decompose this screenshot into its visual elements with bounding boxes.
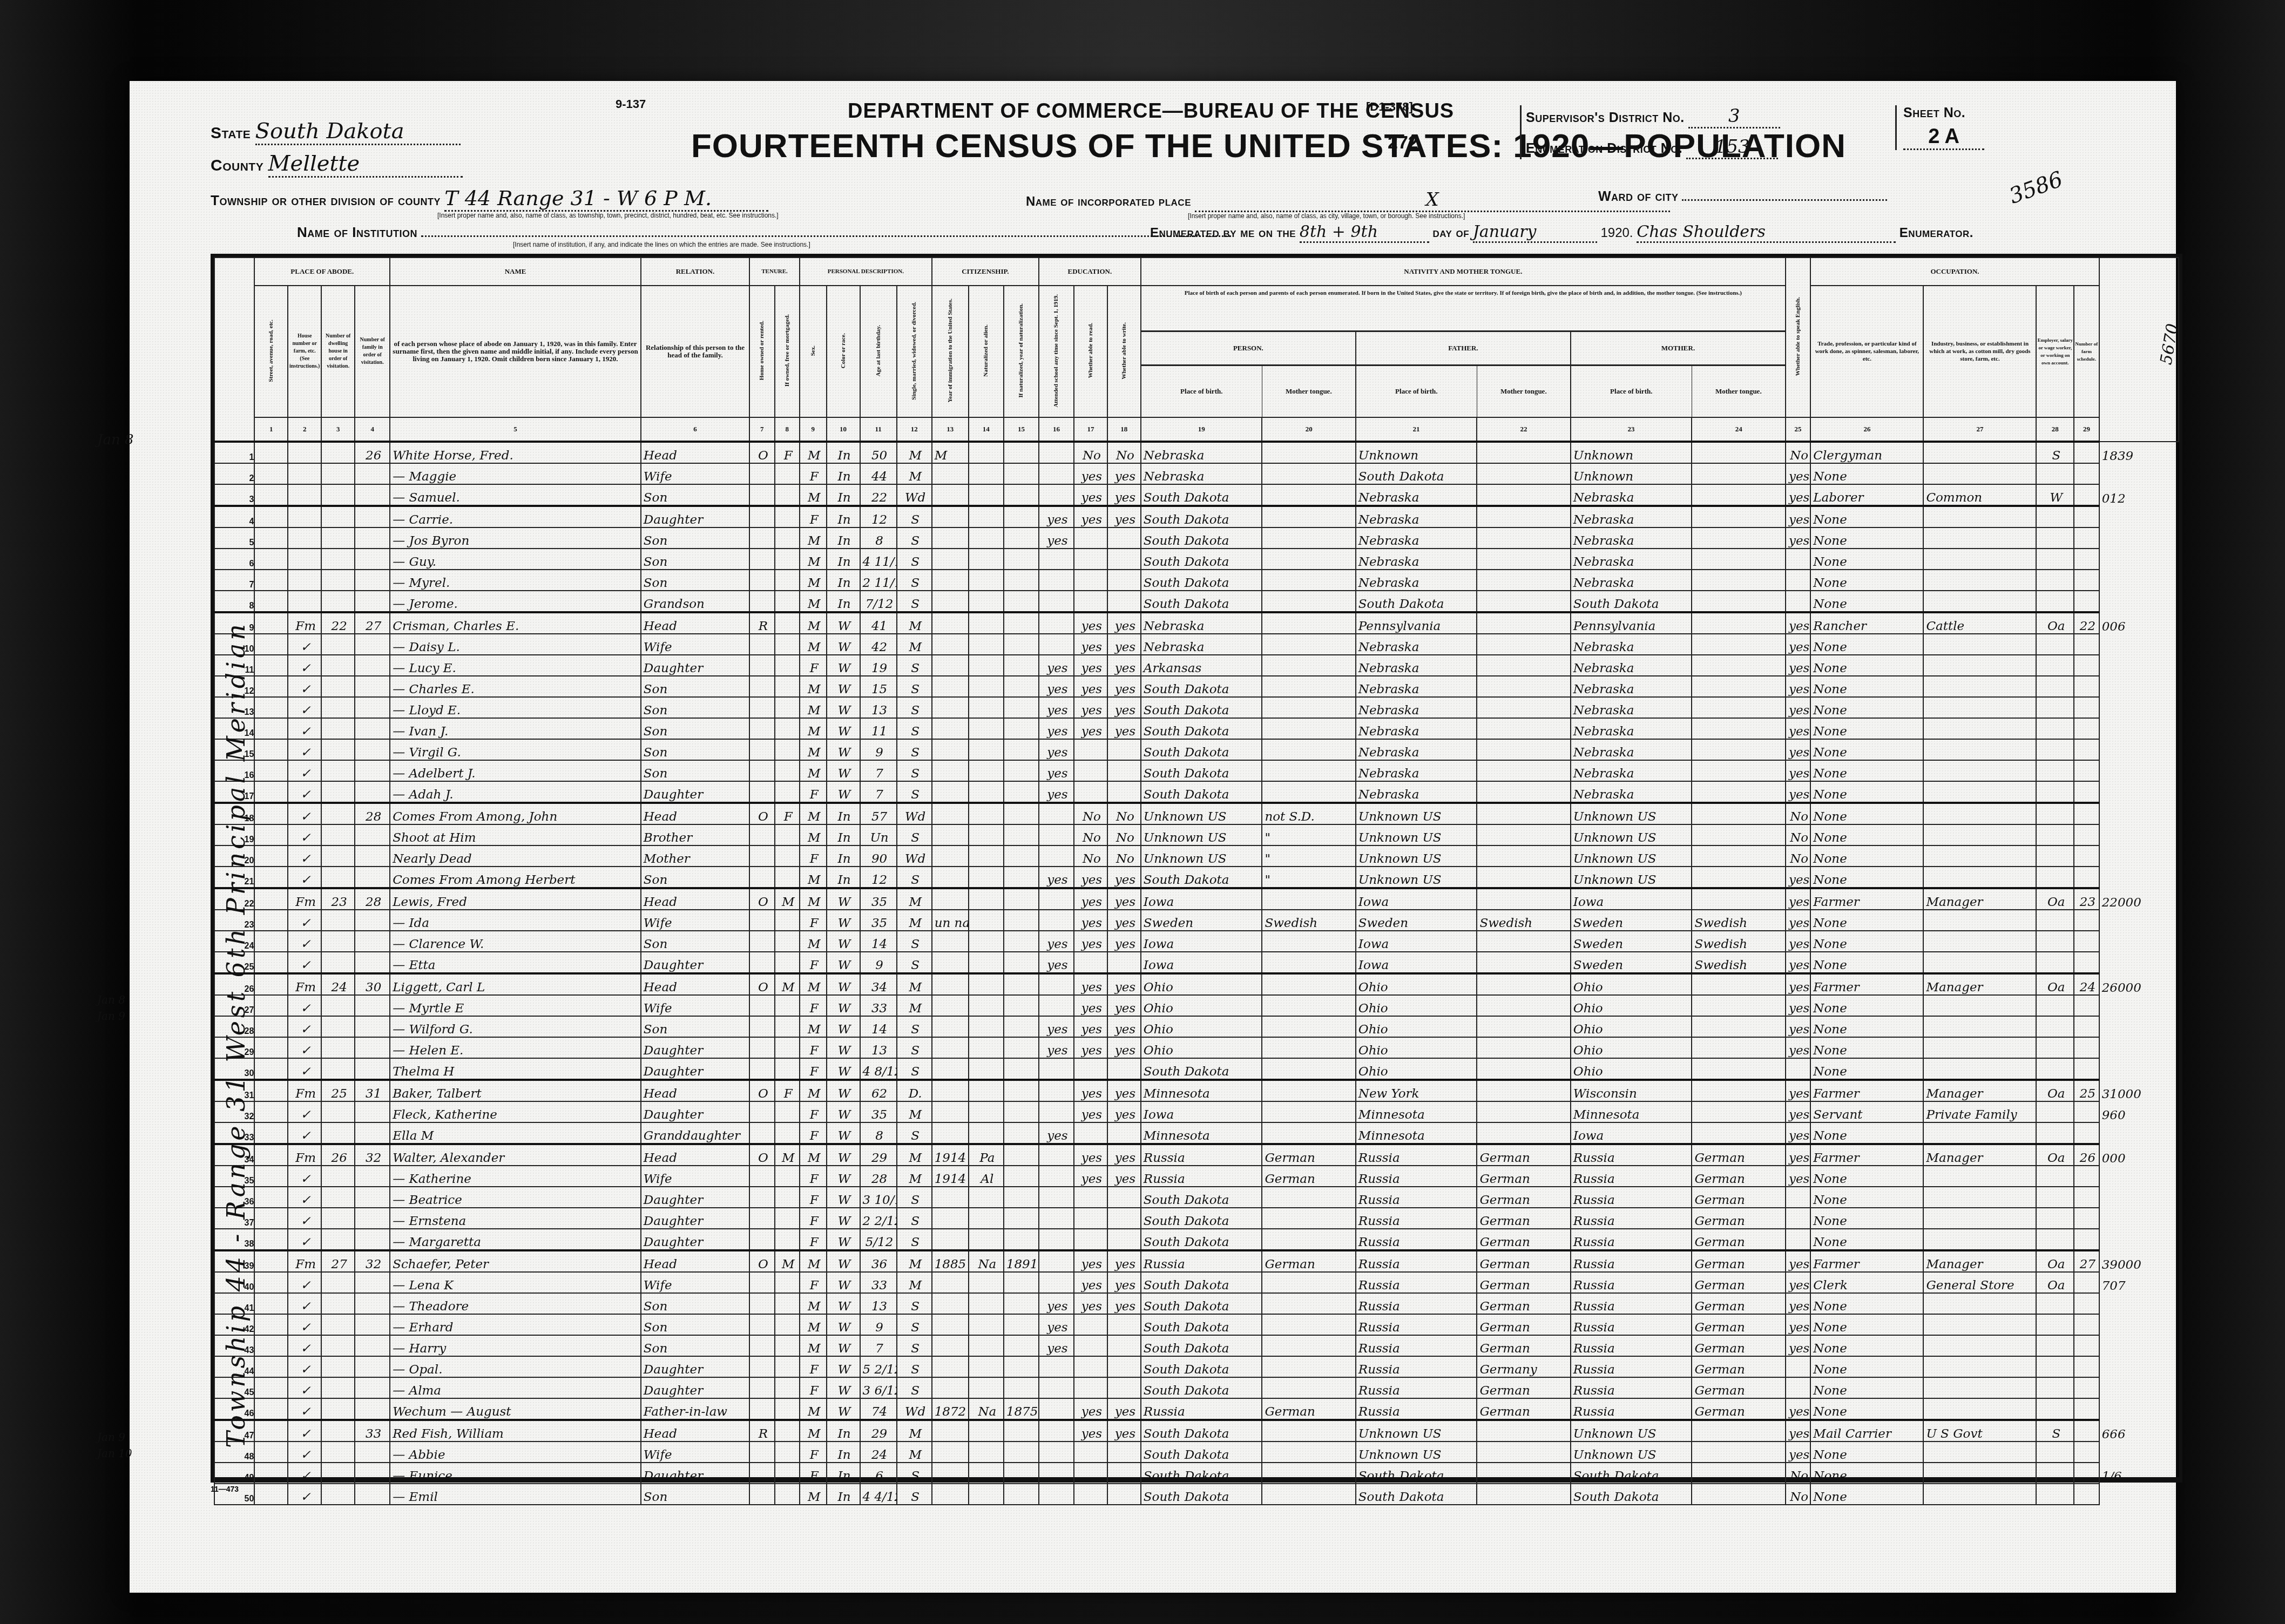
- age-cell: 5 2/12: [860, 1356, 897, 1377]
- sex-cell: F: [800, 1101, 827, 1122]
- race-cell: W: [827, 781, 860, 803]
- group-education: EDUCATION.: [1039, 258, 1141, 286]
- owned-free-mortgaged-cell: O: [749, 1080, 774, 1101]
- table-row: 17✓— Adah J.DaughterFW7SyesSouth DakotaN…: [214, 781, 2179, 803]
- employment-class-cell: [2036, 1208, 2074, 1229]
- father-tongue-cell: German: [1477, 1377, 1570, 1398]
- family-number-cell: 32: [355, 1250, 390, 1272]
- mother-tongue-cell: [1262, 1016, 1355, 1037]
- naturalization-year-cell: [1004, 803, 1039, 824]
- dwelling-number-cell: [321, 1398, 355, 1420]
- marital-status-cell: M: [897, 888, 932, 910]
- race-cell: W: [827, 1080, 860, 1101]
- employment-class-cell: [2036, 655, 2074, 676]
- ward-field: Ward of city: [1598, 189, 1887, 205]
- census-table-container: PLACE OF ABODE. NAME RELATION. TENURE. P…: [211, 254, 2182, 1483]
- mother-tongue-cell: [1262, 952, 1355, 973]
- read-cell: [1074, 1442, 1107, 1463]
- relation-cell: Head: [641, 1144, 749, 1166]
- marital-status-cell: S: [897, 952, 932, 973]
- mother-birthplace-cell: Nebraska: [1571, 718, 1692, 739]
- mother-mother-tongue-cell: German: [1692, 1356, 1786, 1377]
- street-cell: [254, 1037, 288, 1058]
- immigration-year-cell: [932, 1356, 969, 1377]
- father-tongue-cell: [1477, 697, 1570, 718]
- incorporated-place-field: Name of incorporated place X [Insert pro…: [1026, 189, 1670, 220]
- owned-free-mortgaged-cell: [749, 867, 774, 888]
- house-number-cell: ✓: [288, 1037, 321, 1058]
- occupation-cell: None: [1810, 1398, 1923, 1420]
- father-birthplace-cell: Nebraska: [1356, 527, 1477, 549]
- employment-class-cell: [2036, 781, 2074, 803]
- naturalization-year-cell: [1004, 506, 1039, 527]
- col-12-header: Single, married, widowed, or divorced.: [897, 286, 932, 417]
- mortgaged-cell: [775, 1208, 800, 1229]
- mortgaged-cell: M: [775, 888, 800, 910]
- race-cell: In: [827, 845, 860, 867]
- mother-birthplace-cell: Nebraska: [1571, 739, 1692, 760]
- naturalization-year-cell: [1004, 1442, 1039, 1463]
- side-note-cell: [2099, 739, 2179, 760]
- birthplace-cell: South Dakota: [1141, 1377, 1262, 1398]
- family-number-cell: [355, 1122, 390, 1144]
- family-number-cell: [355, 739, 390, 760]
- birthplace-cell: Nebraska: [1141, 463, 1262, 484]
- write-cell: yes: [1107, 697, 1141, 718]
- occupation-cell: Farmer: [1810, 1080, 1923, 1101]
- father-tongue-cell: [1477, 888, 1570, 910]
- name-cell: — Margaretta: [390, 1229, 641, 1250]
- industry-cell: Manager: [1923, 1250, 2036, 1272]
- street-cell: [254, 973, 288, 995]
- naturalized-cell: [969, 1442, 1004, 1463]
- owned-free-mortgaged-cell: [749, 1356, 774, 1377]
- sex-cell: M: [800, 634, 827, 655]
- age-cell: 8: [860, 527, 897, 549]
- marital-status-cell: S: [897, 1484, 932, 1505]
- line-number: 49: [214, 1463, 254, 1484]
- father-tongue-cell: [1477, 995, 1570, 1016]
- name-cell: — Opal.: [390, 1356, 641, 1377]
- birthplace-cell: Iowa: [1141, 952, 1262, 973]
- mortgaged-cell: [775, 1398, 800, 1420]
- farm-schedule-cell: [2074, 549, 2099, 570]
- relation-cell: Wife: [641, 995, 749, 1016]
- school-cell: [1039, 973, 1074, 995]
- dwelling-number-cell: [321, 1420, 355, 1442]
- read-cell: yes: [1074, 973, 1107, 995]
- table-row: 50✓— EmilSonMIn4 4/12SSouth DakotaSouth …: [214, 1484, 2179, 1505]
- immigration-year-cell: [932, 570, 969, 591]
- mother-tongue-cell: [1262, 1314, 1355, 1335]
- name-cell: — Harry: [390, 1335, 641, 1356]
- speaks-english-cell: yes: [1786, 463, 1810, 484]
- industry-cell: [1923, 634, 2036, 655]
- mother-tongue-cell: [1262, 973, 1355, 995]
- race-cell: In: [827, 506, 860, 527]
- col-2-header: House number or farm, etc. (See instruct…: [288, 286, 321, 417]
- column-number-12: 12: [897, 417, 932, 442]
- owned-free-mortgaged-cell: [749, 1058, 774, 1080]
- col-17-header: Whether able to read.: [1074, 286, 1107, 417]
- side-note-cell: 707: [2099, 1272, 2179, 1293]
- family-number-cell: [355, 1335, 390, 1356]
- marital-status-cell: S: [897, 1463, 932, 1484]
- side-note-cell: [2099, 845, 2179, 867]
- employment-class-cell: [2036, 760, 2074, 781]
- farm-schedule-cell: [2074, 845, 2099, 867]
- occupation-cell: None: [1810, 463, 1923, 484]
- mother-tongue-cell: [1262, 527, 1355, 549]
- col-19-header: Place of birth.: [1141, 388, 1262, 395]
- mother-birthplace-cell: Russia: [1571, 1187, 1692, 1208]
- table-row: 6— Guy.SonMIn4 11/12SSouth DakotaNebrask…: [214, 549, 2179, 570]
- birthplace-cell: South Dakota: [1141, 1208, 1262, 1229]
- farm-schedule-cell: [2074, 634, 2099, 655]
- side-note-cell: 1839: [2099, 442, 2179, 463]
- mother-birthplace-cell: Nebraska: [1571, 484, 1692, 506]
- mother-tongue-cell: ": [1262, 867, 1355, 888]
- father-birthplace-cell: Nebraska: [1356, 718, 1477, 739]
- school-cell: yes: [1039, 1016, 1074, 1037]
- speaks-english-cell: yes: [1786, 995, 1810, 1016]
- relation-cell: Daughter: [641, 1208, 749, 1229]
- occupation-cell: None: [1810, 931, 1923, 952]
- naturalization-year-cell: [1004, 973, 1039, 995]
- birthplace-cell: Minnesota: [1141, 1080, 1262, 1101]
- supervisor-district-value: 3: [1688, 105, 1780, 128]
- side-note-cell: [2099, 1016, 2179, 1037]
- marital-status-cell: S: [897, 1229, 932, 1250]
- write-cell: [1107, 1122, 1141, 1144]
- occupation-cell: None: [1810, 1229, 1923, 1250]
- race-cell: In: [827, 1484, 860, 1505]
- read-cell: yes: [1074, 867, 1107, 888]
- mother-birthplace-cell: Iowa: [1571, 888, 1692, 910]
- birthplace-cell: South Dakota: [1141, 1293, 1262, 1314]
- speaks-english-cell: yes: [1786, 506, 1810, 527]
- mother-mother-tongue-cell: [1692, 549, 1786, 570]
- employment-class-cell: [2036, 803, 2074, 824]
- school-cell: [1039, 845, 1074, 867]
- sheet-number: 2 A: [1903, 125, 1984, 150]
- side-note-cell: [2099, 781, 2179, 803]
- owned-free-mortgaged-cell: [749, 1187, 774, 1208]
- margin-note-jan9: Jan 9: [97, 1010, 125, 1023]
- house-number-cell: ✓: [288, 1166, 321, 1187]
- immigration-year-cell: [932, 527, 969, 549]
- line-number: 1: [214, 442, 254, 463]
- enumeration-district-field: Enumeration District No. 153: [1526, 136, 1780, 159]
- table-row: 3— Samuel.SonMIn22WdyesyesSouth DakotaNe…: [214, 484, 2179, 506]
- column-number-23: 23: [1571, 417, 1692, 442]
- industry-cell: Manager: [1923, 1080, 2036, 1101]
- owned-free-mortgaged-cell: [749, 549, 774, 570]
- farm-schedule-cell: [2074, 952, 2099, 973]
- industry-cell: Manager: [1923, 973, 2036, 995]
- mother-mother-tongue-cell: German: [1692, 1272, 1786, 1293]
- father-birthplace-cell: New York: [1356, 1080, 1477, 1101]
- table-row: 36✓— BeatriceDaughterFW3 10/12SSouth Dak…: [214, 1187, 2179, 1208]
- naturalized-cell: Pa: [969, 1144, 1004, 1166]
- father-birthplace-cell: Russia: [1356, 1293, 1477, 1314]
- occupation-cell: None: [1810, 1187, 1923, 1208]
- read-cell: [1074, 527, 1107, 549]
- occupation-cell: None: [1810, 995, 1923, 1016]
- street-cell: [254, 463, 288, 484]
- school-cell: yes: [1039, 739, 1074, 760]
- farm-schedule-cell: [2074, 1398, 2099, 1420]
- race-cell: In: [827, 570, 860, 591]
- mother-birthplace-cell: Russia: [1571, 1250, 1692, 1272]
- street-cell: [254, 1314, 288, 1335]
- street-cell: [254, 888, 288, 910]
- mother-mother-tongue-cell: German: [1692, 1293, 1786, 1314]
- mortgaged-cell: [775, 676, 800, 697]
- sex-cell: M: [800, 1293, 827, 1314]
- mortgaged-cell: [775, 506, 800, 527]
- speaks-english-cell: yes: [1786, 781, 1810, 803]
- father-birthplace-cell: Russia: [1356, 1166, 1477, 1187]
- mortgaged-cell: [775, 527, 800, 549]
- mother-tongue-cell: [1262, 612, 1355, 634]
- birthplace-cell: South Dakota: [1141, 1335, 1262, 1356]
- side-note-cell: [2099, 1442, 2179, 1463]
- side-note-cell: [2099, 463, 2179, 484]
- line-number: 5: [214, 527, 254, 549]
- family-number-cell: [355, 591, 390, 612]
- col-1-header: Street, avenue, road, etc.: [254, 286, 288, 417]
- house-number-cell: ✓: [288, 760, 321, 781]
- write-cell: yes: [1107, 634, 1141, 655]
- father-birthplace-cell: Nebraska: [1356, 484, 1477, 506]
- mother-mother-tongue-cell: [1692, 634, 1786, 655]
- mother-birthplace-cell: Nebraska: [1571, 655, 1692, 676]
- read-cell: [1074, 1356, 1107, 1377]
- occupation-cell: None: [1810, 1463, 1923, 1484]
- father-tongue-cell: [1477, 1463, 1570, 1484]
- industry-cell: [1923, 1377, 2036, 1398]
- owned-free-mortgaged-cell: [749, 952, 774, 973]
- side-note-cell: [2099, 952, 2179, 973]
- mother-tongue-cell: [1262, 697, 1355, 718]
- family-number-cell: [355, 1314, 390, 1335]
- immigration-year-cell: [932, 1187, 969, 1208]
- owned-free-mortgaged-cell: [749, 506, 774, 527]
- age-cell: 13: [860, 697, 897, 718]
- mother-mother-tongue-cell: [1692, 612, 1786, 634]
- read-cell: yes: [1074, 634, 1107, 655]
- school-cell: [1039, 1166, 1074, 1187]
- relation-cell: Daughter: [641, 506, 749, 527]
- occupation-cell: None: [1810, 676, 1923, 697]
- relation-cell: Mother: [641, 845, 749, 867]
- family-number-cell: [355, 1229, 390, 1250]
- occupation-cell: Mail Carrier: [1810, 1420, 1923, 1442]
- write-cell: yes: [1107, 1080, 1141, 1101]
- mother-birthplace-cell: Unknown: [1571, 442, 1692, 463]
- birthplace-cell: Arkansas: [1141, 655, 1262, 676]
- col-11-header: Age at last birthday.: [860, 286, 897, 417]
- school-cell: [1039, 1187, 1074, 1208]
- mortgaged-cell: [775, 655, 800, 676]
- birthplace-cell: South Dakota: [1141, 739, 1262, 760]
- farm-schedule-cell: [2074, 760, 2099, 781]
- sex-cell: F: [800, 1058, 827, 1080]
- write-cell: yes: [1107, 888, 1141, 910]
- birthplace-cell: Nebraska: [1141, 612, 1262, 634]
- sex-cell: M: [800, 1250, 827, 1272]
- industry-cell: [1923, 803, 2036, 824]
- write-cell: [1107, 570, 1141, 591]
- occupation-cell: Rancher: [1810, 612, 1923, 634]
- father-tongue-cell: German: [1477, 1250, 1570, 1272]
- family-number-cell: [355, 718, 390, 739]
- age-cell: 36: [860, 1250, 897, 1272]
- age-cell: 35: [860, 910, 897, 931]
- write-cell: [1107, 760, 1141, 781]
- father-tongue-cell: [1477, 867, 1570, 888]
- race-cell: In: [827, 1463, 860, 1484]
- employment-class-cell: [2036, 1398, 2074, 1420]
- street-cell: [254, 952, 288, 973]
- name-cell: — Virgil G.: [390, 739, 641, 760]
- farm-schedule-cell: [2074, 1058, 2099, 1080]
- marital-status-cell: S: [897, 527, 932, 549]
- owned-free-mortgaged-cell: R: [749, 612, 774, 634]
- family-number-cell: 31: [355, 1080, 390, 1101]
- age-cell: 19: [860, 655, 897, 676]
- immigration-year-cell: [932, 463, 969, 484]
- name-cell: Comes From Among Herbert: [390, 867, 641, 888]
- read-cell: yes: [1074, 484, 1107, 506]
- write-cell: [1107, 1208, 1141, 1229]
- occupation-cell: None: [1810, 655, 1923, 676]
- farm-schedule-cell: [2074, 1335, 2099, 1356]
- father-birthplace-cell: South Dakota: [1356, 1484, 1477, 1505]
- father-tongue-cell: German: [1477, 1187, 1570, 1208]
- family-number-cell: 28: [355, 888, 390, 910]
- immigration-year-cell: [932, 1463, 969, 1484]
- house-number-cell: Fm: [288, 612, 321, 634]
- father-birthplace-cell: Nebraska: [1356, 676, 1477, 697]
- farm-schedule-cell: [2074, 739, 2099, 760]
- race-cell: In: [827, 824, 860, 845]
- mother-tongue-cell: [1262, 442, 1355, 463]
- name-cell: — Beatrice: [390, 1187, 641, 1208]
- father-birthplace-cell: Nebraska: [1356, 655, 1477, 676]
- father-tongue-cell: [1477, 1101, 1570, 1122]
- industry-cell: [1923, 1314, 2036, 1335]
- mother-mother-tongue-cell: German: [1692, 1166, 1786, 1187]
- write-cell: [1107, 781, 1141, 803]
- immigration-year-cell: un na: [932, 910, 969, 931]
- write-cell: [1107, 549, 1141, 570]
- sex-cell: M: [800, 1484, 827, 1505]
- race-cell: W: [827, 1122, 860, 1144]
- marital-status-cell: M: [897, 1442, 932, 1463]
- read-cell: yes: [1074, 1101, 1107, 1122]
- marital-status-cell: S: [897, 1314, 932, 1335]
- mortgaged-cell: [775, 760, 800, 781]
- col-23-header: Place of birth.: [1570, 366, 1692, 417]
- mother-birthplace-cell: Unknown US: [1571, 867, 1692, 888]
- family-number-cell: [355, 527, 390, 549]
- school-cell: [1039, 1101, 1074, 1122]
- immigration-year-cell: [932, 549, 969, 570]
- sex-cell: F: [800, 952, 827, 973]
- age-cell: 62: [860, 1080, 897, 1101]
- birthplace-cell: Unknown US: [1141, 824, 1262, 845]
- father-tongue-cell: [1477, 634, 1570, 655]
- mortgaged-cell: [775, 1272, 800, 1293]
- employment-class-cell: [2036, 591, 2074, 612]
- father-tongue-cell: German: [1477, 1314, 1570, 1335]
- group-tenure: TENURE.: [749, 258, 800, 286]
- race-cell: W: [827, 952, 860, 973]
- group-place-of-abode: PLACE OF ABODE.: [254, 258, 390, 286]
- race-cell: W: [827, 931, 860, 952]
- relation-cell: Wife: [641, 634, 749, 655]
- institution-instructions: [Insert name of institution, if any, and…: [513, 241, 1231, 248]
- immigration-year-cell: [932, 1335, 969, 1356]
- birthplace-cell: Russia: [1141, 1144, 1262, 1166]
- mortgaged-cell: [775, 1166, 800, 1187]
- mortgaged-cell: [775, 570, 800, 591]
- family-number-cell: [355, 655, 390, 676]
- column-number-14: 14: [969, 417, 1004, 442]
- sex-cell: F: [800, 845, 827, 867]
- farm-schedule-cell: [2074, 910, 2099, 931]
- father-tongue-cell: [1477, 1442, 1570, 1463]
- father-tongue-cell: German: [1477, 1398, 1570, 1420]
- side-note-cell: 012: [2099, 484, 2179, 506]
- owned-free-mortgaged-cell: [749, 655, 774, 676]
- column-number-19: 19: [1141, 417, 1262, 442]
- nativity-title: NATIVITY AND MOTHER TONGUE.: [1141, 268, 1785, 275]
- naturalization-year-cell: [1004, 697, 1039, 718]
- age-cell: 50: [860, 442, 897, 463]
- col-24-header: Mother tongue.: [1692, 366, 1785, 417]
- table-row: 28✓— Wilford G.SonMW14SyesyesyesOhioOhio…: [214, 1016, 2179, 1037]
- owned-free-mortgaged-cell: [749, 931, 774, 952]
- mother-mother-tongue-cell: [1692, 1420, 1786, 1442]
- school-cell: [1039, 1208, 1074, 1229]
- name-cell: — Adah J.: [390, 781, 641, 803]
- father-birthplace-cell: Ohio: [1356, 995, 1477, 1016]
- father-tongue-cell: German: [1477, 1293, 1570, 1314]
- industry-cell: U S Govt: [1923, 1420, 2036, 1442]
- occupation-cell: None: [1810, 760, 1923, 781]
- father-tongue-cell: German: [1477, 1272, 1570, 1293]
- birthplace-cell: Iowa: [1141, 931, 1262, 952]
- relation-cell: Wife: [641, 910, 749, 931]
- father-birthplace-cell: Pennsylvania: [1356, 612, 1477, 634]
- dwelling-number-cell: [321, 824, 355, 845]
- mother-tongue-cell: ": [1262, 824, 1355, 845]
- father-tongue-cell: [1477, 655, 1570, 676]
- immigration-year-cell: 1885: [932, 1250, 969, 1272]
- owned-free-mortgaged-cell: [749, 1037, 774, 1058]
- marital-status-cell: M: [897, 973, 932, 995]
- write-cell: yes: [1107, 484, 1141, 506]
- census-table: PLACE OF ABODE. NAME RELATION. TENURE. P…: [214, 257, 2179, 1505]
- mother-tongue-cell: [1262, 718, 1355, 739]
- house-number-cell: ✓: [288, 1101, 321, 1122]
- street-cell: [254, 1463, 288, 1484]
- sex-cell: M: [800, 697, 827, 718]
- street-cell: [254, 549, 288, 570]
